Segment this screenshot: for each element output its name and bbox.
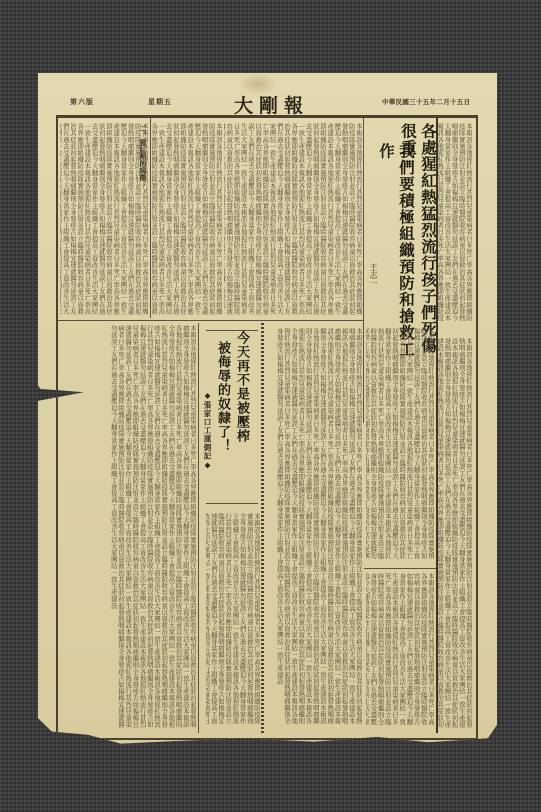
article-body: 本報訊各地猩紅熱流行甚烈兒童染病者日多死亡率高各界應即組織防疫隊實施預防注射並設… — [366, 573, 434, 728]
page-header: 第六版 星期五 大剛報 中華民國三十五年二月十五日 — [64, 91, 474, 113]
weekday: 星期五 — [148, 97, 172, 107]
feature-headline-1: 今天再不是被壓榨 — [232, 331, 251, 511]
article-body: 本報訊各地猩紅熱流行甚烈兒童染病者日多死亡率高各界應即組織防疫隊實施預防注射並設… — [266, 328, 362, 728]
feature-headline-2: 被侮辱的奴隸了！ — [213, 341, 232, 521]
feature-subheading: ◆張家口工運側記◆ — [202, 391, 213, 501]
article-body: 本報訊各地猩紅熱流行甚烈兒童染病者日多死亡率高各界應即組織防疫隊實施預防注射並設… — [366, 328, 434, 563]
box-rule — [206, 330, 258, 331]
wavy-divider — [261, 323, 264, 733]
masthead: 大剛報 — [234, 91, 309, 118]
article-body: 本報訊各地猩紅熱流行甚烈兒童染病者日多死亡率高各界應即組織防疫隊實施預防注射並設… — [152, 123, 222, 316]
article-body: 本報訊各地猩紅熱流行甚烈兒童染病者日多死亡率高各界應即組織防疫隊實施預防注射並設… — [224, 123, 362, 316]
lead-byline: 王志一 — [368, 263, 379, 287]
issue-date: 中華民國三十五年二月十五日 — [382, 97, 470, 106]
article-body: 本報訊各地猩紅熱流行甚烈兒童染病者日多死亡率高各界應即組織防疫隊實施預防注射並設… — [206, 513, 260, 728]
newspaper-page: 第六版 星期五 大剛報 中華民國三十五年二月十五日 各處猩紅熱猛烈流行孩子們死傷… — [38, 73, 497, 745]
article-body: 本報訊各地猩紅熱流行甚烈兒童染病者日多死亡率高各界應即組織防疫隊實施預防注射並設… — [438, 123, 472, 323]
article-body: 本報訊各地猩紅熱流行甚烈兒童染病者日多死亡率高各界應即組織防疫隊實施預防注射並設… — [438, 338, 472, 728]
section-divider — [364, 568, 436, 569]
column-divider — [198, 323, 199, 733]
column-divider — [150, 118, 151, 318]
section-divider — [58, 320, 363, 321]
column-divider — [363, 118, 364, 423]
article-body: 本報訊各地猩紅熱流行甚烈兒童染病者日多死亡率高各界應即組織防疫隊實施預防注射並設… — [60, 123, 148, 316]
page-number: 第六版 — [70, 97, 94, 107]
article-body: 本報訊各地猩紅熱流行甚烈兒童染病者日多死亡率高各界應即組織防疫隊實施預防注射並設… — [60, 325, 196, 728]
box-rule — [206, 503, 258, 504]
